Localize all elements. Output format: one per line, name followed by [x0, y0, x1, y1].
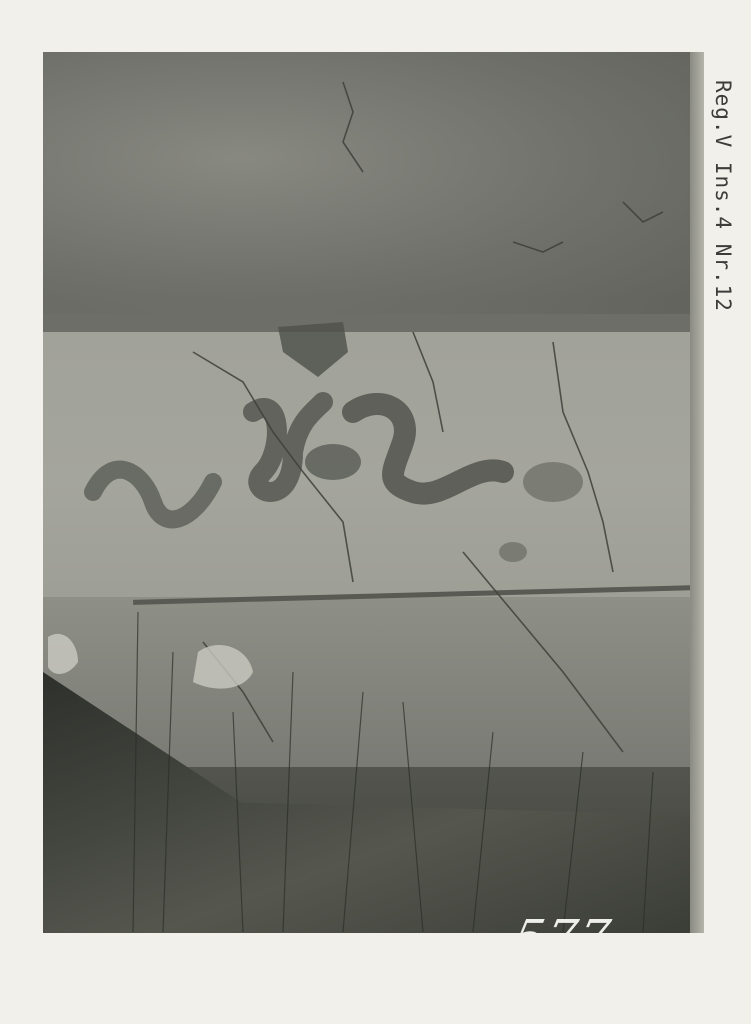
location-caption: Reg.V Ins.4 Nr.12: [711, 80, 735, 312]
handwritten-photo-number: 577.: [507, 910, 634, 933]
serpent-and-crack-motifs: [43, 52, 704, 933]
archival-photograph: 577.: [43, 52, 704, 933]
